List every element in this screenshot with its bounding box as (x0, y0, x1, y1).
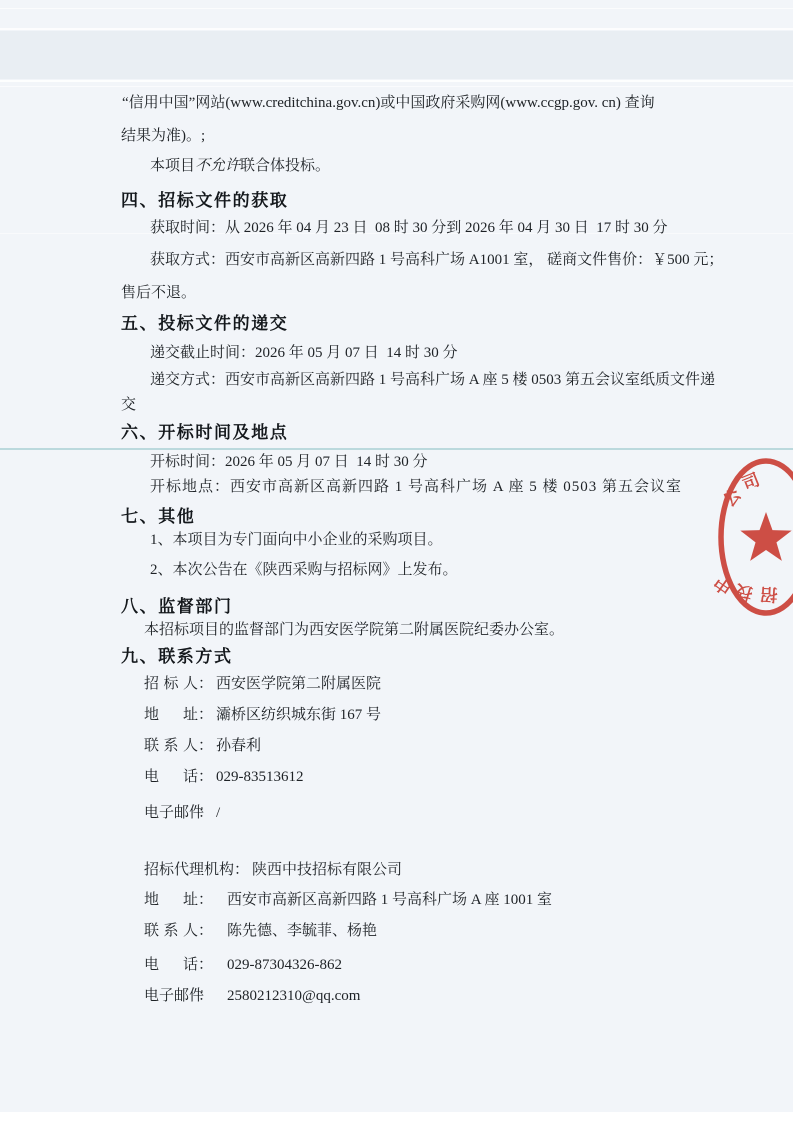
agency-row-phone: 电话：029-87304326-862 (144, 957, 342, 974)
section-5-line-1: 递交截止时间：2026 年 05 月 07 日 14 时 30 分 (150, 345, 458, 362)
company-seal-icon: 公 司 中 技 招 (693, 448, 793, 628)
buyer-tenderer-value: 西安医学院第二附属医院 (216, 676, 381, 692)
scan-artifact-line (0, 28, 793, 30)
intro-line-3-suffix: 联合体投标。 (240, 158, 330, 174)
seal-char: 技 (733, 580, 756, 604)
colon: ： (198, 676, 213, 692)
scan-artifact-line (0, 86, 793, 87)
intro-line-3-prefix: 本项目 (150, 158, 195, 174)
agency-row-email: 电子邮件：2580212310@qq.com (144, 988, 360, 1005)
intro-line-3-emphasis: 不允许 (195, 158, 240, 174)
buyer-row-phone: 电话：029-83513612 (144, 769, 304, 786)
colon: ： (198, 892, 213, 908)
agency-email-value: 2580212310@qq.com (227, 988, 360, 1004)
intro-line-1: “信用中国”网站(www.creditchina.gov.cn)或中国政府采购网… (122, 95, 655, 112)
agency-address-label: 地址 (144, 892, 198, 909)
section-7-item-2: 2、本次公告在《陕西采购与招标网》上发布。 (150, 562, 458, 579)
scan-artifact-line (0, 8, 793, 9)
scanned-document-page: “信用中国”网站(www.creditchina.gov.cn)或中国政府采购网… (0, 0, 793, 1123)
colon: ： (234, 862, 249, 878)
buyer-tenderer-label: 招标人 (144, 676, 198, 693)
agency-contact-label: 联系人 (144, 923, 198, 940)
agency-row-contact-person: 联系人：陈先德、李毓菲、杨艳 (144, 923, 377, 940)
section-4-title: 四、招标文件的获取 (121, 186, 288, 211)
scan-artifact-band (0, 31, 793, 79)
page-bottom-edge (0, 1112, 793, 1123)
intro-line-2: 结果为准)。; (121, 128, 205, 145)
section-5-title: 五、投标文件的递交 (121, 309, 288, 334)
section-4-line-3: 售后不退。 (121, 285, 196, 302)
section-8-title: 八、监督部门 (121, 592, 233, 617)
scan-artifact-teal-line (0, 448, 793, 450)
buyer-phone-value: 029-83513612 (216, 769, 304, 785)
buyer-row-address: 地址：灞桥区纺织城东街 167 号 (144, 707, 381, 724)
colon: ： (198, 805, 213, 821)
section-6-line-2: 开标地点：西安市高新区高新四路 1 号高科广场 A 座 5 楼 0503 第五会… (150, 479, 682, 496)
section-6-line-1: 开标时间：2026 年 05 月 07 日 14 时 30 分 (150, 454, 428, 471)
buyer-row-email: 电子邮件：/ (144, 805, 220, 822)
buyer-address-label: 地址 (144, 707, 198, 724)
buyer-phone-label: 电话 (144, 769, 198, 786)
section-6-title: 六、开标时间及地点 (121, 418, 288, 443)
agency-phone-value: 029-87304326-862 (227, 957, 342, 973)
seal-star-icon (740, 512, 791, 561)
section-5-line-2: 递交方式：西安市高新区高新四路 1 号高科广场 A 座 5 楼 0503 第五会… (150, 372, 715, 389)
agency-name-value: 陕西中技招标有限公司 (252, 862, 402, 878)
colon: ： (198, 957, 213, 973)
buyer-contact-value: 孙春利 (216, 738, 261, 754)
section-4-line-2: 获取方式：西安市高新区高新四路 1 号高科广场 A1001 室， 磋商文件售价：… (150, 252, 723, 269)
agency-contact-value: 陈先德、李毓菲、杨艳 (227, 923, 377, 939)
section-9-title: 九、联系方式 (121, 642, 233, 667)
agency-name-label: 招标代理机构 (144, 862, 234, 878)
agency-row-name: 招标代理机构：陕西中技招标有限公司 (144, 862, 402, 879)
section-7-title: 七、其他 (121, 502, 195, 527)
section-4-line-1: 获取时间：从 2026 年 04 月 23 日 08 时 30 分到 2026 … (150, 220, 668, 237)
scan-artifact-line (0, 80, 793, 82)
colon: ： (198, 707, 213, 723)
buyer-email-value: / (216, 805, 220, 821)
seal-char: 中 (710, 572, 735, 598)
intro-line-3: 本项目不允许联合体投标。 (150, 158, 330, 175)
section-7-item-1: 1、本项目为专门面向中小企业的采购项目。 (150, 532, 443, 549)
colon: ： (198, 769, 213, 785)
buyer-contact-label: 联系人 (144, 738, 198, 755)
buyer-row-contact-person: 联系人：孙春利 (144, 738, 261, 755)
section-8-body: 本招标项目的监督部门为西安医学院第二附属医院纪委办公室。 (144, 622, 564, 639)
buyer-address-value: 灞桥区纺织城东街 167 号 (216, 707, 381, 723)
buyer-row-tenderer: 招标人：西安医学院第二附属医院 (144, 676, 381, 693)
agency-phone-label: 电话 (144, 957, 198, 974)
agency-row-address: 地址：西安市高新区高新四路 1 号高科广场 A 座 1001 室 (144, 892, 552, 909)
colon: ： (198, 738, 213, 754)
agency-address-value: 西安市高新区高新四路 1 号高科广场 A 座 1001 室 (227, 892, 552, 908)
buyer-email-label: 电子邮件 (144, 805, 198, 822)
colon: ： (198, 923, 213, 939)
colon: ： (198, 988, 213, 1004)
seal-char: 招 (760, 584, 779, 605)
agency-email-label: 电子邮件 (144, 988, 198, 1005)
section-5-line-3: 交 (121, 397, 136, 414)
